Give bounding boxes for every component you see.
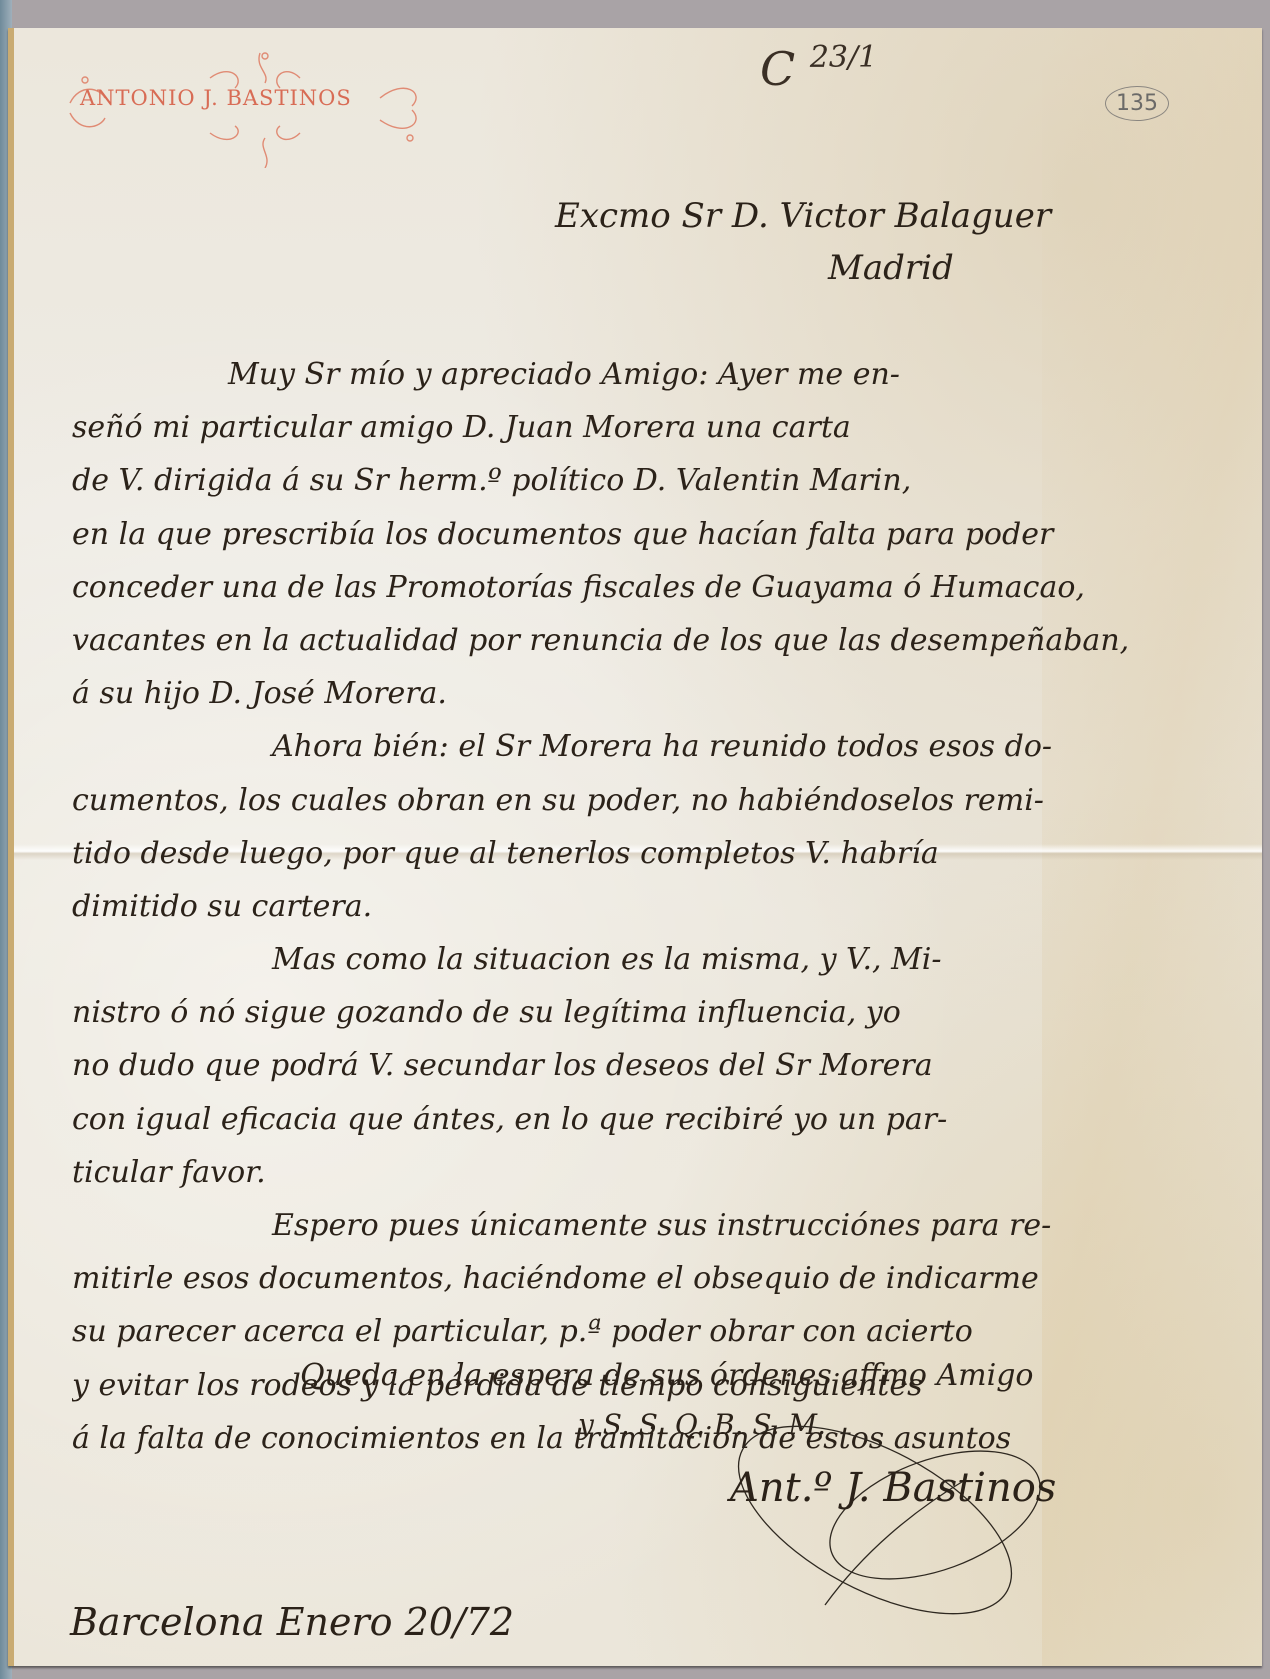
letter-line: cumentos, los cuales obran en su poder, … [72, 774, 1252, 827]
place-and-date: Barcelona Enero 20/72 [70, 1600, 514, 1644]
archive-mark: C 23/1 [760, 40, 877, 96]
letter-line: en la que prescribía los documentos que … [72, 508, 1252, 561]
letter-line: nistro ó nó sigue gozando de su legítima… [72, 986, 1252, 1039]
signature: Ant.º J. Bastinos [730, 1465, 1056, 1511]
folio-number: 135 [1105, 86, 1169, 121]
letter-line: conceder una de las Promotorías fiscales… [72, 561, 1252, 614]
archive-mark-letter: C [760, 42, 795, 96]
letter-line: Mas como la situacion es la misma, y V.,… [72, 933, 1252, 986]
letterhead-name: ANTONIO J. BASTINOS [80, 86, 352, 110]
letter-line: Muy Sr mío y apreciado Amigo: Ayer me en… [72, 348, 1252, 401]
letter-body: Muy Sr mío y apreciado Amigo: Ayer me en… [72, 348, 1252, 1465]
letter-line: vacantes en la actualidad por renuncia d… [72, 614, 1252, 667]
letter-line: ticular favor. [72, 1146, 1252, 1199]
letter-line: no dudo que podrá V. secundar los deseos… [72, 1039, 1252, 1092]
letter-line: dimitido su cartera. [72, 880, 1252, 933]
letter-line: señó mi particular amigo D. Juan Morera … [72, 401, 1252, 454]
letter-line: tido desde luego, por que al tenerlos co… [72, 827, 1252, 880]
letterhead: ANTONIO J. BASTINOS [60, 48, 430, 168]
addressee-city: Madrid [828, 248, 954, 288]
letter-line: de V. dirigida á su Sr herm.º político D… [72, 454, 1252, 507]
letter-line: á su hijo D. José Morera. [72, 667, 1252, 720]
addressee-name: Excmo Sr D. Victor Balaguer [555, 196, 1051, 236]
archive-mark-number: 23/1 [810, 40, 877, 75]
letter-line: su parecer acerca el particular, p.ª pod… [72, 1305, 1252, 1358]
closing-line: Queda en la espera de sus órdenes affmo … [300, 1358, 1033, 1393]
letter-line: Ahora bién: el Sr Morera ha reunido todo… [72, 720, 1252, 773]
letter-line: Espero pues únicamente sus instrucciónes… [72, 1199, 1252, 1252]
letter-line: con igual eficacia que ántes, en lo que … [72, 1093, 1252, 1146]
letter-line: mitirle esos documentos, haciéndome el o… [72, 1252, 1252, 1305]
signature-flourish-icon [705, 1400, 1125, 1640]
